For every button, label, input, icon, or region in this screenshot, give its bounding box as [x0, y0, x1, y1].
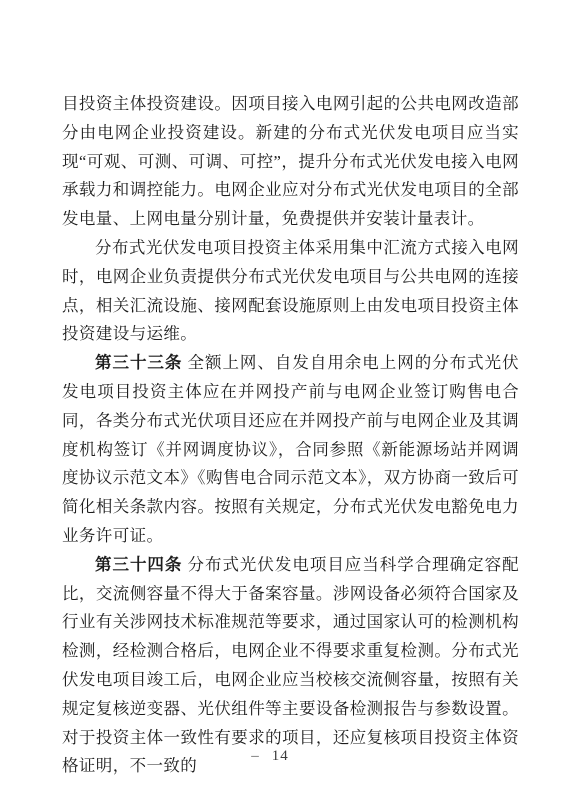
paragraph-text: 分布式光伏发电项目投资主体采用集中汇流方式接入电网时，电网企业负责提供分布式光伏…: [62, 238, 519, 343]
article-34-heading: 第三十四条: [95, 555, 182, 574]
paragraph-continuation: 目投资主体投资建设。因项目接入电网引起的公共电网改造部分由电网企业投资建设。新建…: [62, 90, 519, 234]
paragraph-article-33: 第三十三条 全额上网、自发自用余电上网的分布式光伏发电项目投资主体应在并网投产前…: [62, 349, 519, 551]
footer-dash: –: [251, 748, 260, 764]
paragraph-article-34: 第三十四条 分布式光伏发电项目应当科学合理确定容配比，交流侧容量不得大于备案容量…: [62, 551, 519, 781]
article-33-heading: 第三十三条: [95, 353, 182, 372]
page-footer: –14: [0, 748, 540, 765]
paragraph: 分布式光伏发电项目投资主体采用集中汇流方式接入电网时，电网企业负责提供分布式光伏…: [62, 234, 519, 349]
paragraph-text: 目投资主体投资建设。因项目接入电网引起的公共电网改造部分由电网企业投资建设。新建…: [62, 94, 519, 228]
document-page: 目投资主体投资建设。因项目接入电网引起的公共电网改造部分由电网企业投资建设。新建…: [0, 0, 577, 810]
paragraph-text: 全额上网、自发自用余电上网的分布式光伏发电项目投资主体应在并网投产前与电网企业签…: [62, 353, 519, 545]
page-number: 14: [272, 748, 289, 764]
document-body: 目投资主体投资建设。因项目接入电网引起的公共电网改造部分由电网企业投资建设。新建…: [62, 90, 519, 781]
paragraph-text: 分布式光伏发电项目应当科学合理确定容配比，交流侧容量不得大于备案容量。涉网设备必…: [62, 555, 519, 776]
